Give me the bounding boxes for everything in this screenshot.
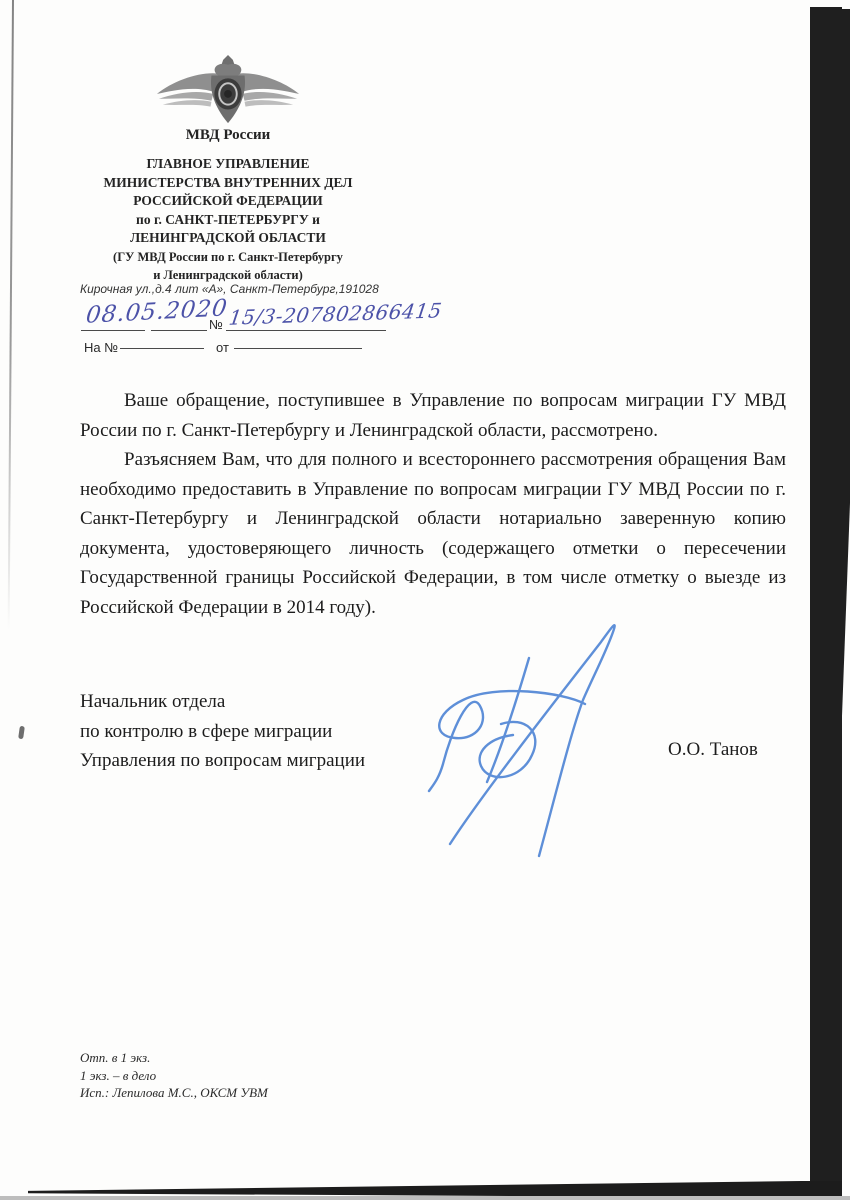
letterhead-line: по г. САНКТ-ПЕТЕРБУРГУ и xyxy=(68,211,388,230)
letterhead-line: РОССИЙСКОЙ ФЕДЕРАЦИИ xyxy=(68,192,388,211)
footnote-line: Исп.: Лепилова М.С., ОКСМ УВМ xyxy=(80,1084,268,1102)
signer-position-line: Начальник отдела xyxy=(80,687,365,717)
scanned-letter-page: МВД России ГЛАВНОЕ УПРАВЛЕНИЕ МИНИСТЕРСТ… xyxy=(0,0,850,1200)
body-paragraph: Разъясняем Вам, что для полного и всесто… xyxy=(80,445,786,622)
signer-position-line: Управления по вопросам миграции xyxy=(80,746,365,776)
org-address: Кирочная ул.,д.4 лит «А», Санкт-Петербур… xyxy=(80,282,420,296)
scan-edge-right-corner xyxy=(840,9,850,769)
handwritten-outgoing-number: 15/3-207802866415 xyxy=(227,298,443,330)
signer-position-line: по контролю в сфере миграции xyxy=(80,717,365,747)
letter-body: Ваше обращение, поступившее в Управление… xyxy=(80,386,786,622)
scan-edge-bottom-strip xyxy=(0,1196,850,1200)
footnote-line: 1 экз. – в дело xyxy=(80,1067,268,1085)
execution-footnote: Отп. в 1 экз. 1 экз. – в дело Исп.: Лепи… xyxy=(80,1049,268,1102)
handwritten-date: 08.05.2020 xyxy=(84,295,229,329)
reply-to-number-label: На № xyxy=(84,340,118,355)
signer-position-block: Начальник отдела по контролю в сфере миг… xyxy=(80,687,365,776)
body-paragraph: Ваше обращение, поступившее в Управление… xyxy=(80,386,786,445)
pen-signature-scribble-icon xyxy=(425,612,660,862)
mvd-double-headed-eagle-icon xyxy=(153,55,303,128)
letterhead-subline: (ГУ МВД России по г. Санкт-Петербургу xyxy=(68,248,388,267)
signer-name: О.О. Танов xyxy=(668,739,758,761)
reply-number-underline xyxy=(120,333,204,349)
letterhead-line: ГЛАВНОЕ УПРАВЛЕНИЕ xyxy=(68,155,388,174)
letterhead-block: ГЛАВНОЕ УПРАВЛЕНИЕ МИНИСТЕРСТВА ВНУТРЕНН… xyxy=(68,155,388,285)
reply-from-label: от xyxy=(216,340,229,355)
letterhead-line: МИНИСТЕРСТВА ВНУТРЕННИХ ДЕЛ xyxy=(68,174,388,193)
scan-edge-right-band xyxy=(810,7,842,1200)
emblem-caption: МВД России xyxy=(68,127,388,144)
reply-date-underline xyxy=(234,333,362,349)
margin-ink-tick xyxy=(18,726,25,740)
scan-edge-left-line xyxy=(8,0,14,630)
letterhead-line: ЛЕНИНГРАДСКОЙ ОБЛАСТИ xyxy=(68,229,388,248)
footnote-line: Отп. в 1 экз. xyxy=(80,1049,268,1067)
